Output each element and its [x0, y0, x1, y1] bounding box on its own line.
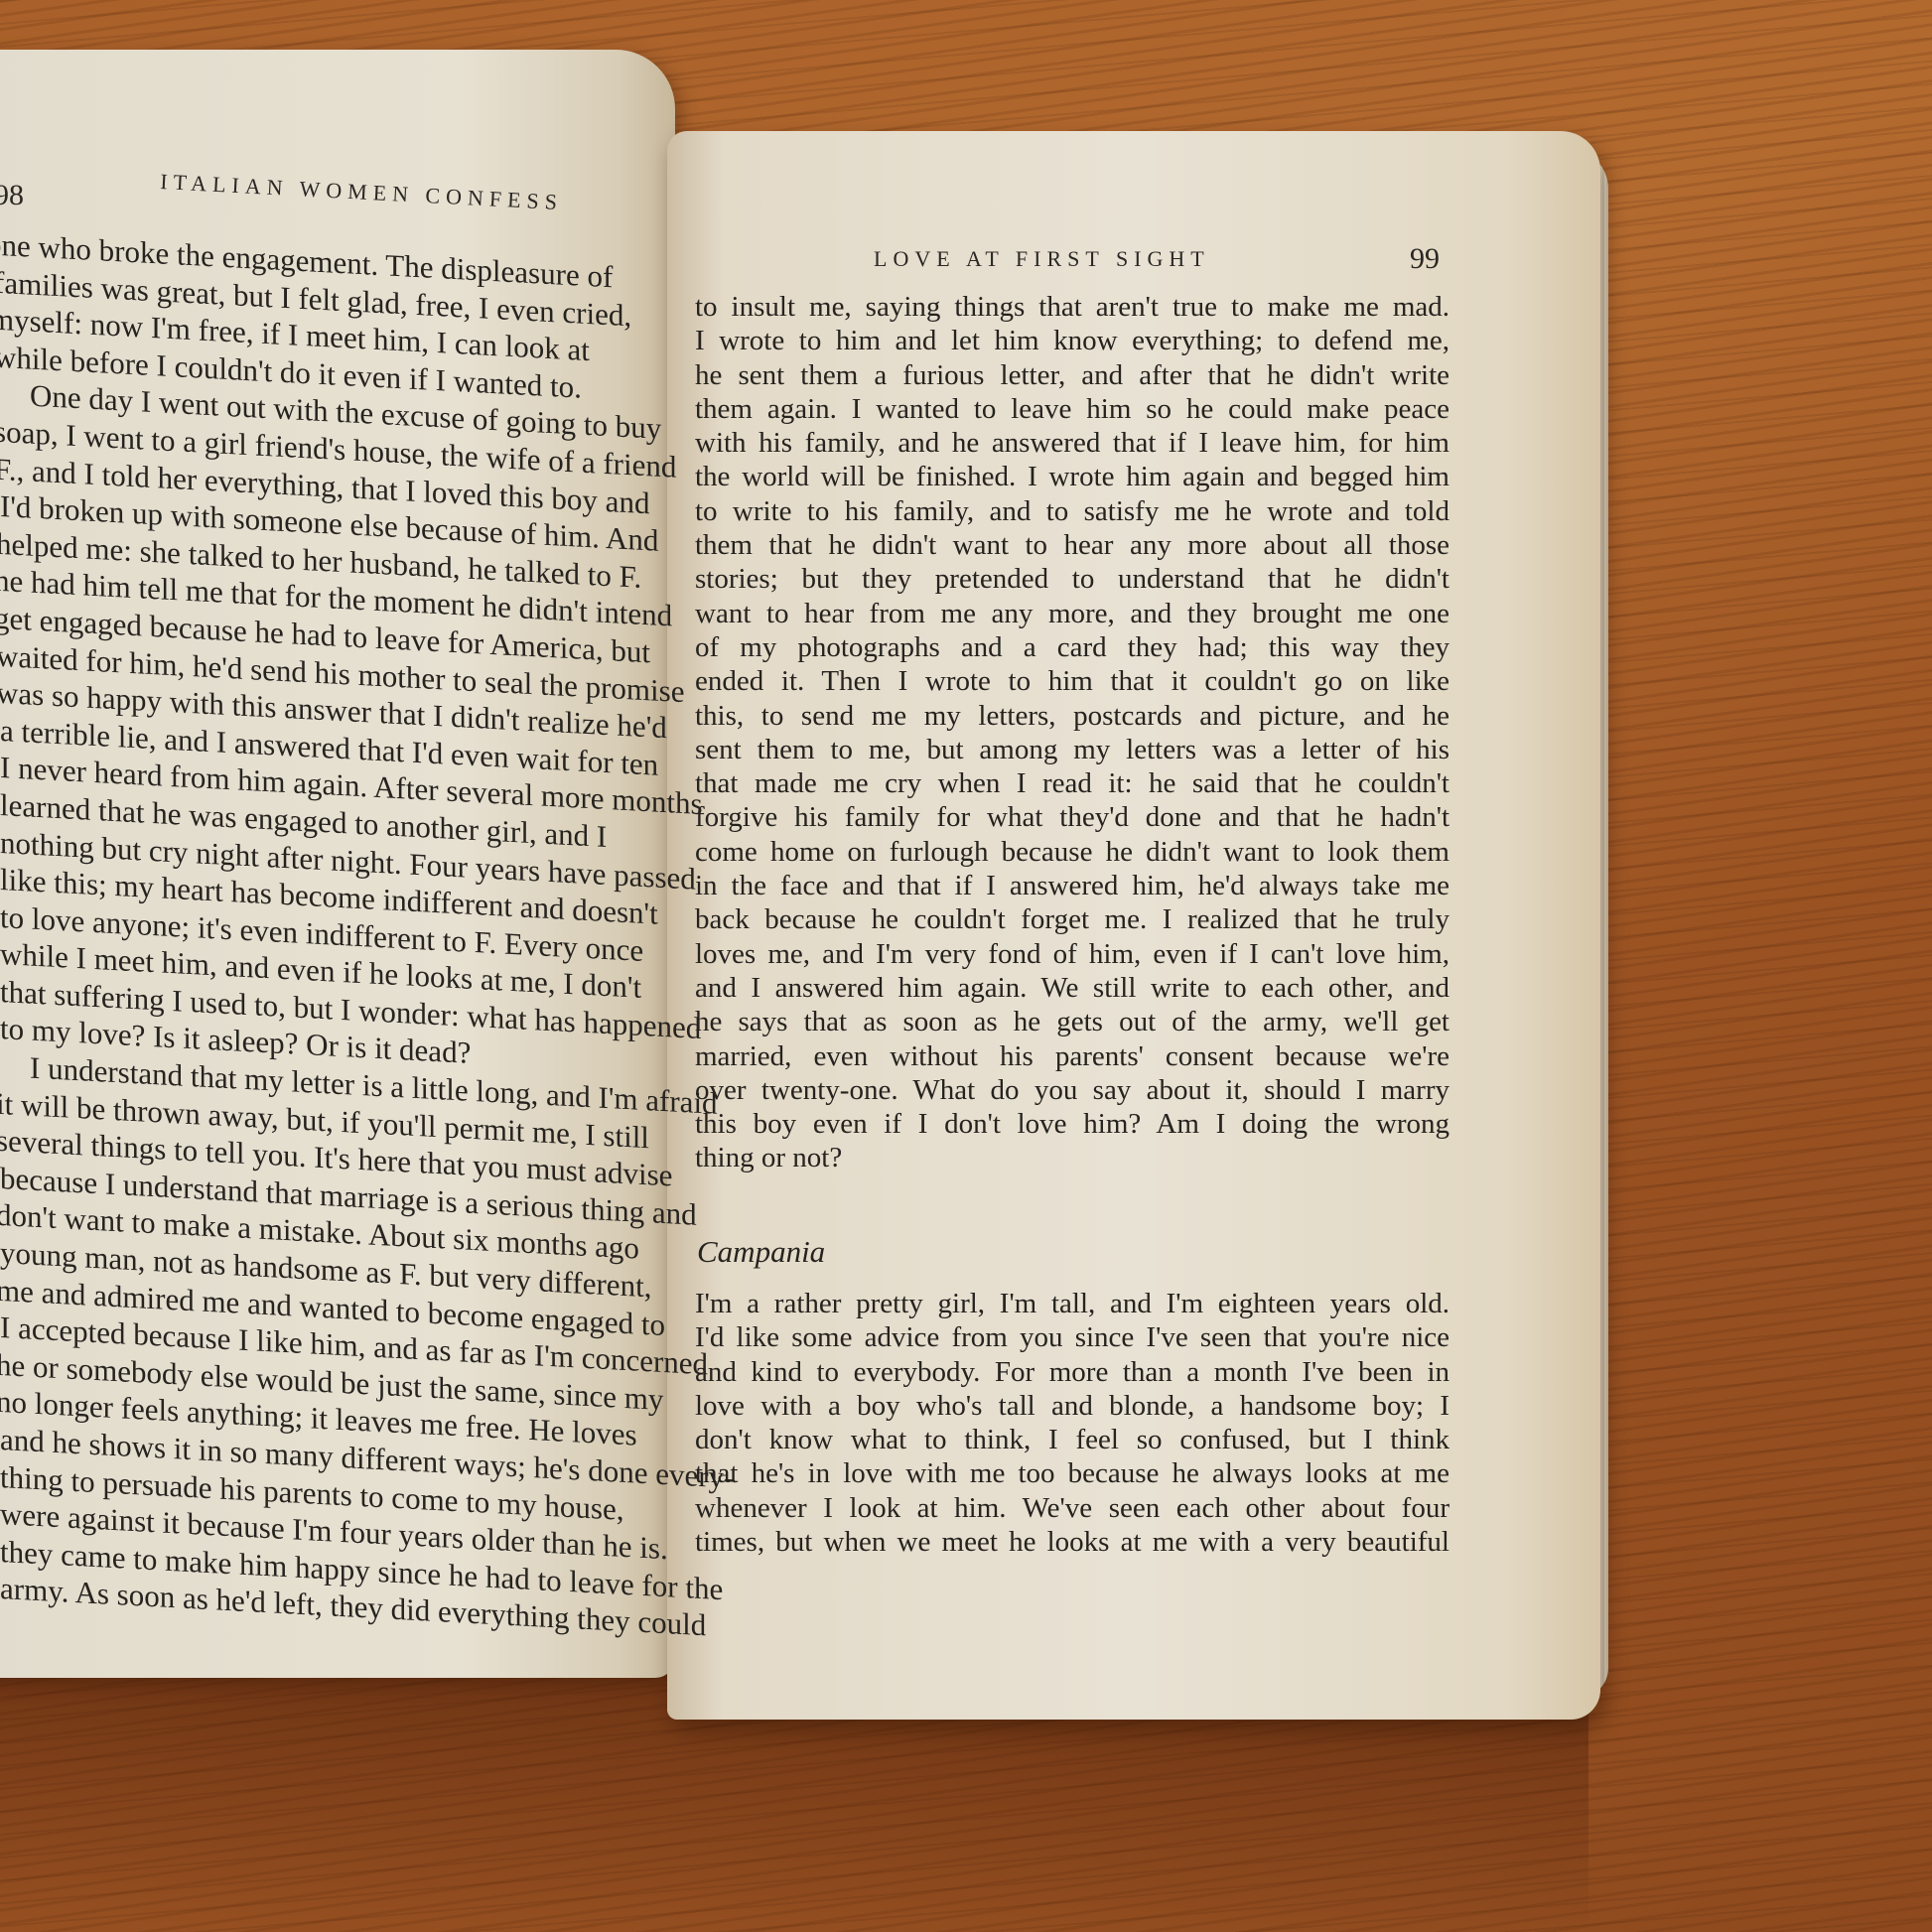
right-running-head: LOVE AT FIRST SIGHT: [874, 246, 1210, 272]
text-line: stories; but they pretended to understan…: [695, 562, 1449, 596]
text-line: back because he couldn't forget me. I re…: [695, 902, 1449, 936]
text-line: them again. I wanted to leave him so he …: [695, 392, 1449, 426]
text-line: to write to his family, and to satisfy m…: [695, 494, 1449, 528]
text-line: loves me, and I'm very fond of him, even…: [695, 937, 1449, 971]
text-line: he sent them a furious letter, and after…: [695, 358, 1449, 392]
right-page-body: to insult me, saying things that aren't …: [695, 290, 1449, 1175]
text-line: the world will be finished. I wrote him …: [695, 460, 1449, 493]
text-line: and kind to everybody. For more than a m…: [695, 1355, 1449, 1389]
text-line: sent them to me, but among my letters wa…: [695, 733, 1449, 766]
right-page-number: 99: [1410, 242, 1440, 276]
text-line: to insult me, saying things that aren't …: [695, 290, 1449, 324]
text-line: I'm a rather pretty girl, I'm tall, and …: [695, 1287, 1449, 1320]
text-line: that he's in love with me too because he…: [695, 1456, 1449, 1490]
text-line: want to hear from me any more, and they …: [695, 597, 1449, 630]
text-line: with his family, and he answered that if…: [695, 426, 1449, 460]
text-line: ended it. Then I wrote to him that it co…: [695, 664, 1449, 698]
text-line: times, but when we meet he looks at me w…: [695, 1525, 1449, 1559]
text-line: that made me cry when I read it: he said…: [695, 766, 1449, 800]
text-line: he says that as soon as he gets out of t…: [695, 1005, 1449, 1038]
text-line: forgive his family for what they'd done …: [695, 800, 1449, 834]
text-line: I wrote to him and let him know everythi…: [695, 324, 1449, 357]
section-body: I'm a rather pretty girl, I'm tall, and …: [695, 1287, 1449, 1559]
section-heading: Campania: [697, 1234, 825, 1270]
text-line: in the face and that if I answered him, …: [695, 869, 1449, 902]
text-line: come home on furlough because he didn't …: [695, 835, 1449, 869]
text-line: whenever I look at him. We've seen each …: [695, 1491, 1449, 1525]
text-line: them that he didn't want to hear any mor…: [695, 528, 1449, 562]
text-line: over twenty-one. What do you say about i…: [695, 1073, 1449, 1107]
text-line: of my photographs and a card they had; t…: [695, 630, 1449, 664]
text-line: love with a boy who's tall and blonde, a…: [695, 1389, 1449, 1423]
text-line: don't know what to think, I feel so conf…: [695, 1423, 1449, 1456]
text-line: I'd like some advice from you since I've…: [695, 1320, 1449, 1354]
left-page-number: 98: [0, 179, 24, 212]
text-line: thing or not?: [695, 1141, 1449, 1174]
text-line: married, even without his parents' conse…: [695, 1039, 1449, 1073]
text-line: and I answered him again. We still write…: [695, 971, 1449, 1005]
left-page-body: one who broke the engagement. The disple…: [0, 226, 695, 1644]
text-line: this boy even if I don't love him? Am I …: [695, 1107, 1449, 1141]
text-line: this, to send me my letters, postcards a…: [695, 699, 1449, 733]
